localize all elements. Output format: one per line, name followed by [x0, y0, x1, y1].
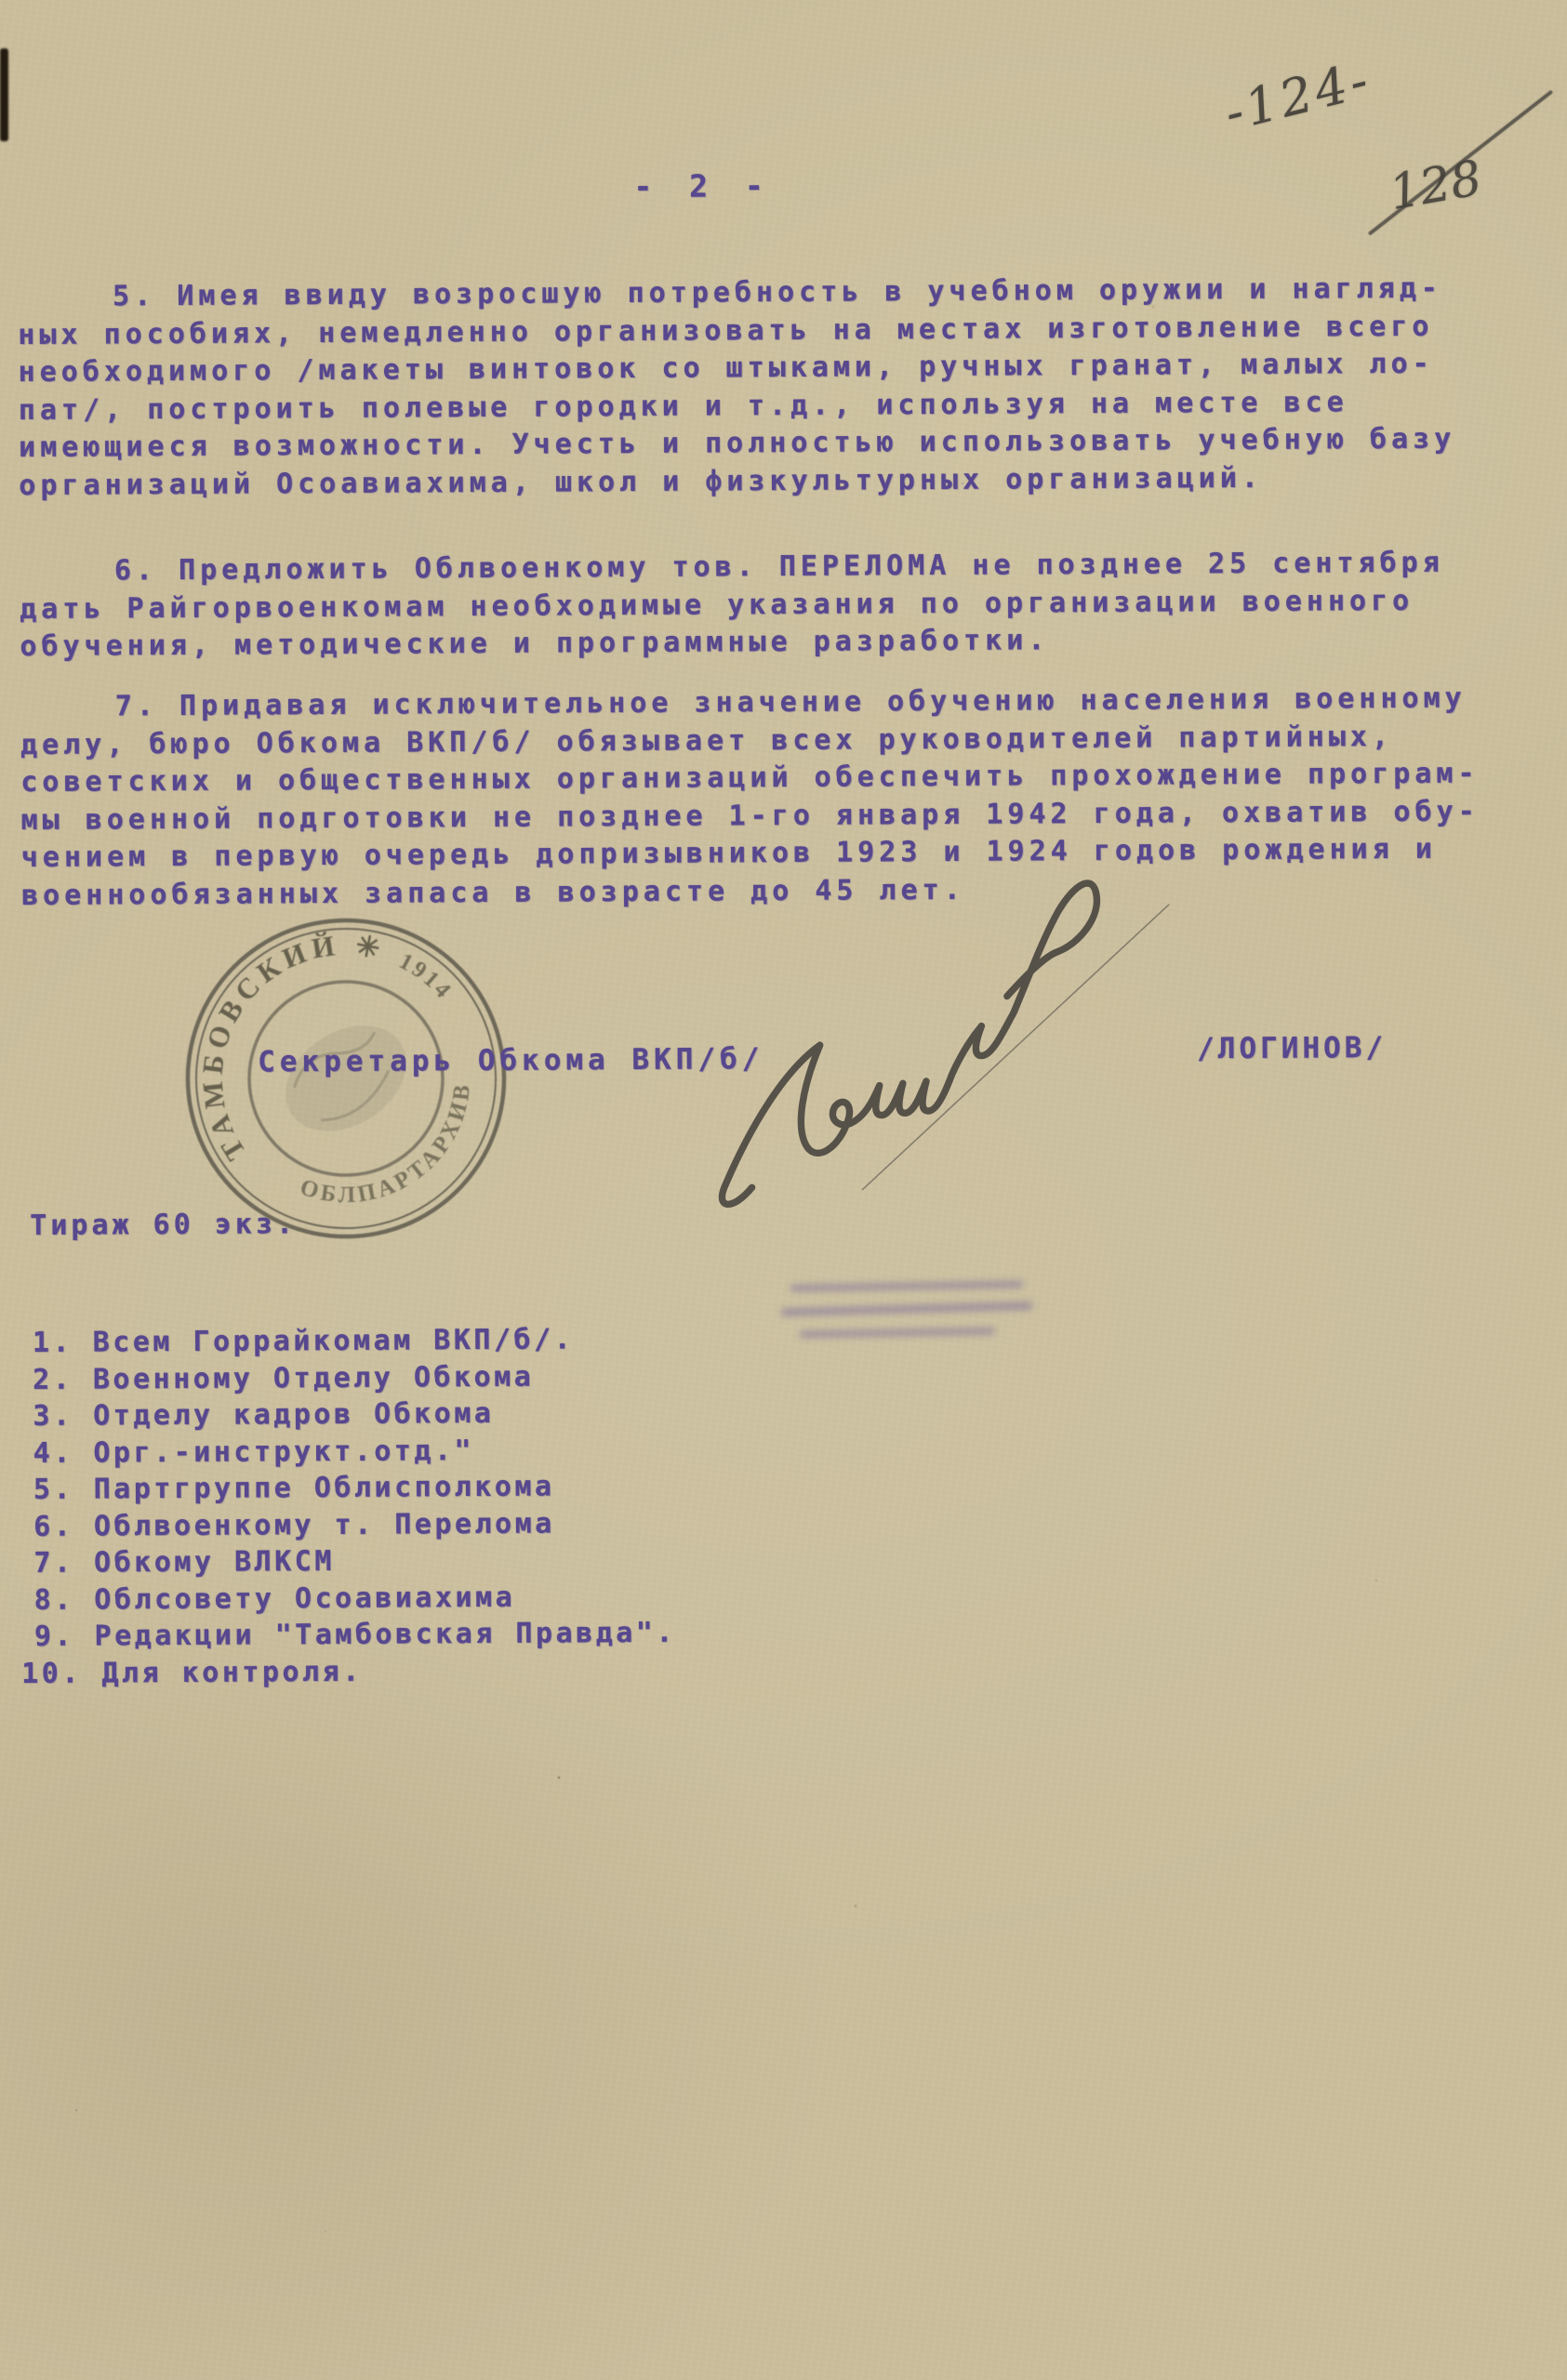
distribution-item: 1. Всем Горрайкомам ВКП/б/.: [33, 1321, 674, 1362]
distribution-item: 9. Редакции "Тамбовская Правда".: [34, 1615, 676, 1656]
distribution-item: 7. Обкому ВЛКСМ: [33, 1541, 675, 1582]
document-page: ТАМБОВСКИЙ ✳ 1914 ОБЛПАРТАРХИВ - 2 - 5. …: [0, 0, 1567, 2380]
distribution-item: 8. Облсовету Осоавиахима: [34, 1578, 676, 1619]
signer-title: Секретарь Обкома ВКП/б/: [258, 1042, 764, 1078]
circulation-note: Тираж 60 экз.: [30, 1208, 297, 1242]
distribution-list: 1. Всем Горрайкомам ВКП/б/. 2. Военному …: [33, 1321, 676, 1692]
distribution-item: 3. Отделу кадров Обкома: [33, 1395, 674, 1435]
paragraph-line: организаций Осоавиахима, школ и физкульт…: [19, 458, 1544, 506]
distribution-item: 6. Облвоенкому т. Перелома: [33, 1504, 675, 1545]
distribution-item: 5. Партгруппе Облисполкома: [33, 1468, 675, 1509]
page-number: - 2 -: [633, 167, 773, 205]
distribution-item: 10. Для контроля.: [21, 1651, 676, 1692]
distribution-item: 4. Орг.-инструкт.отд.": [33, 1431, 675, 1472]
paragraph-5: 5. Имея ввиду возросшую потребность в уч…: [18, 270, 1544, 506]
handwritten-signature: [703, 837, 1187, 1236]
signer-typed-name: /ЛОГИНОВ/: [1197, 1031, 1387, 1065]
ink-smudge: [781, 1276, 1060, 1355]
paragraph-6: 6. Предложить Облвоенкому тов. ПЕРЕЛОМА …: [20, 544, 1546, 667]
distribution-item: 2. Военному Отделу Обкома: [33, 1357, 674, 1398]
paragraph-line: обучения, методические и программные раз…: [20, 619, 1545, 667]
